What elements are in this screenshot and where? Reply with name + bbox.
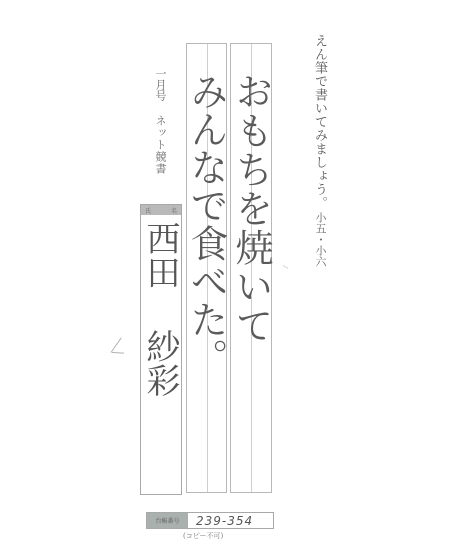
handwritten-line-1: おもちを焼いて bbox=[231, 72, 271, 345]
ledger-number-field: 台帳番号 239-354 bbox=[146, 512, 274, 529]
student-surname: 西田 bbox=[140, 221, 180, 289]
issue-label: 一月号 bbox=[152, 68, 168, 101]
stray-pencil-mark bbox=[111, 337, 122, 352]
name-header-left: 氏 bbox=[145, 206, 151, 215]
writing-column-second: みんなで食べた。 bbox=[186, 43, 227, 493]
writing-column-first: おもちを焼いて bbox=[230, 43, 272, 493]
name-header-right: 名 bbox=[171, 206, 177, 215]
grade-level: 小五・小六 bbox=[312, 212, 328, 267]
no-copy-note: (コピー不可) bbox=[183, 531, 223, 541]
name-field: 氏 名 西田紗彩 bbox=[140, 204, 182, 495]
instruction-text: えん筆で書いてみましょう。 bbox=[310, 34, 329, 210]
ledger-value: 239-354 bbox=[188, 513, 273, 528]
contest-title: ネット競書 bbox=[152, 115, 168, 175]
name-field-header: 氏 名 bbox=[141, 205, 181, 215]
stray-pencil-mark bbox=[112, 352, 124, 354]
ledger-label: 台帳番号 bbox=[147, 513, 188, 528]
stray-pencil-mark bbox=[283, 265, 289, 269]
handwritten-line-2: みんなで食べた。 bbox=[187, 72, 226, 376]
student-name: 西田紗彩 bbox=[141, 221, 181, 397]
student-given-name: 紗彩 bbox=[140, 329, 180, 397]
